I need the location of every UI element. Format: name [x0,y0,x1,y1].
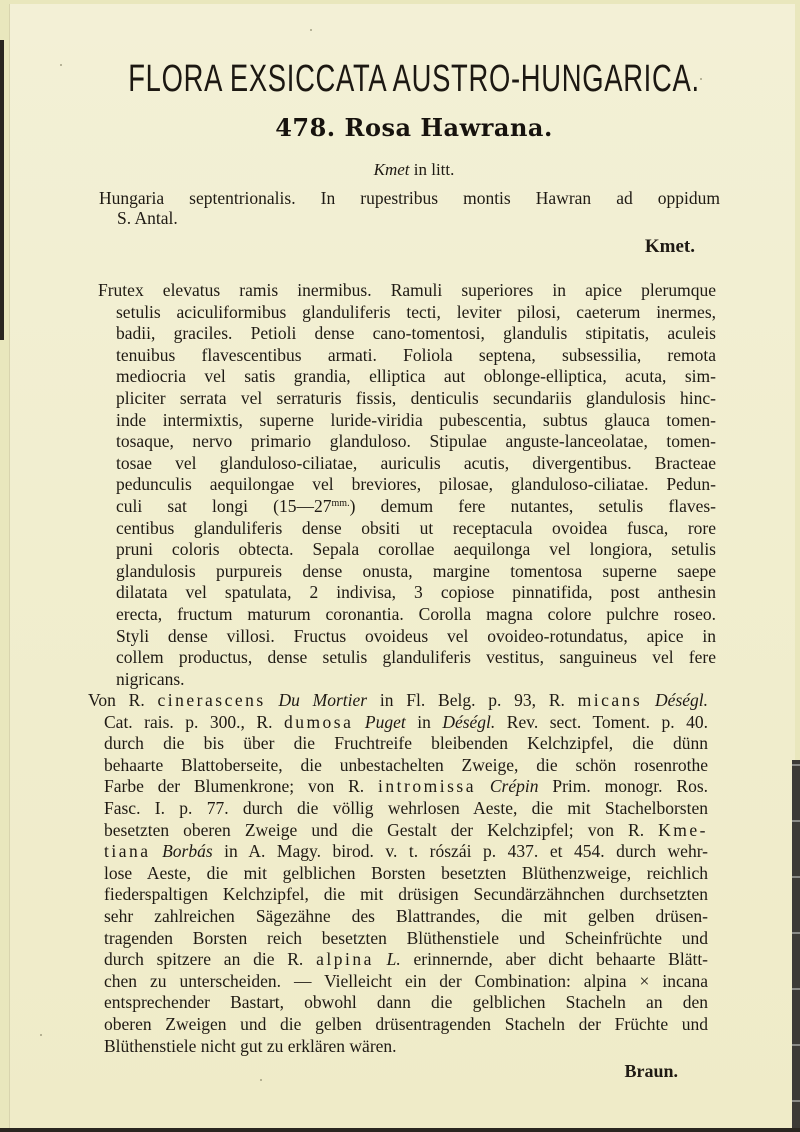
authority-author: Kmet [374,160,410,179]
ruler-tick [792,1100,800,1102]
signature: Braun. [624,1061,678,1082]
description-line: culi sat longi (15—27mm.) demum fere nut… [98,496,716,518]
paper-speck [310,29,312,31]
scale-ruler [792,760,800,1132]
notes-line: besetzten oberen Zweige und die Gestalt … [88,820,708,842]
description-line: erecta, fructum maturum coronantia. Coro… [98,604,716,626]
author-name: Déségl. [655,690,708,710]
author-name: Du Mortier [278,690,367,710]
ruler-tick [792,988,800,990]
notes-line: Fasc. I. p. 77. durch die völlig wehrlos… [88,798,708,820]
ruler-tick [792,876,800,878]
description-line: pliciter serrata vel serraturis fissis, … [98,388,716,410]
taxon-name: cinerascens [158,690,266,710]
ruler-tick [792,820,800,822]
description-line: tenuibus flavescentibus armati. Foliola … [98,345,716,367]
unit-superscript: mm. [332,498,350,509]
taxon-name: dumosa [284,712,353,732]
left-edge-shadow [0,40,4,340]
author-name: Crépin [490,776,539,796]
ruler-tick [792,932,800,934]
notes-line: durch spitzere an die R. alpina L. erinn… [88,949,708,971]
species-heading: 478. Rosa Hawrana. [0,113,800,142]
description-line: centibus glanduliferis dense obsiti ut r… [98,518,716,540]
locality-line: S. Antal. [99,208,720,228]
collector-name: Kmet. [645,236,695,258]
description-line: collem productus, dense setulis glanduli… [98,647,716,669]
author-name: Borbás [162,841,213,861]
taxon-name: micans [578,690,643,710]
notes-line: tragenden Borsten reich besetzten Blüthe… [88,928,708,950]
notes-line: Blüthenstiele nicht gut zu erklären wäre… [88,1036,708,1058]
notes-line: lose Aeste, die mit gelblichen Borsten b… [88,863,708,885]
ruler-tick [792,1044,800,1046]
taxon-name: Kme- [658,820,708,840]
notes-line: behaarte Blattoberseite, die unbestachel… [88,755,708,777]
notes-line: tiana Borbás in A. Magy. birod. v. t. ró… [88,841,708,863]
description-line: dilatata vel spatulata, 2 indivisa, 3 co… [98,582,716,604]
taxon-name: intromissa [378,776,476,796]
series-title: FLORA EXSICCATA AUSTRO-HUNGARICA. [116,58,712,101]
description-line: pruni coloris obtecta. Sepala corollae a… [98,539,716,561]
authority-suffix: in litt. [410,160,455,179]
description-line: tosaque, nervo primario glanduloso. Stip… [98,431,716,453]
peduncle-text-after: ) demum fere nutantes, setulis flaves- [350,496,716,516]
author-name: L. [387,949,401,969]
description-line: setulis aciculiformibus glanduliferis te… [98,302,716,324]
description-line: Frutex elevatus ramis inermibus. Ramuli … [98,280,716,302]
notes-line: Cat. rais. p. 300., R. dumosa Puget in D… [88,712,708,734]
description-line: badii, graciles. Petioli dense cano-tome… [98,323,716,345]
description-line: mediocria vel satis grandia, elliptica a… [98,366,716,388]
author-name: Puget [365,712,406,732]
paper-speck [60,64,62,66]
locality: Hungaria septentrionalis. In rupestribus… [99,188,720,228]
ruler-tick [792,764,800,766]
notes-line: fiederspaltigen Kelchzipfel, die mit drü… [88,884,708,906]
species-authority: Kmet in litt. [0,160,800,180]
description-line: pedunculis aequilongae vel breviores, pi… [98,474,716,496]
latin-description: Frutex elevatus ramis inermibus. Ramuli … [98,280,716,690]
german-notes: Von R. cinerascens Du Mortier in Fl. Bel… [88,690,708,1057]
description-line: glandulosis purpureis dense onusta, marg… [98,561,716,583]
paper-speck [40,1034,42,1036]
locality-line: Hungaria septentrionalis. In rupestribus… [99,188,720,208]
taxon-name: alpina [316,949,374,969]
notes-line: Von R. cinerascens Du Mortier in Fl. Bel… [88,690,708,712]
notes-line: durch die bis über die Fruchtreife bleib… [88,733,708,755]
notes-line: Farbe der Blumenkrone; von R. intromissa… [88,776,708,798]
description-line: nigricans. [98,669,716,691]
species-number: 478. [275,113,335,142]
author-name: Déségl. [442,712,495,732]
description-line: tosae vel glanduloso-ciliatae, auriculis… [98,453,716,475]
notes-line: oberen Zweigen und die gelben drüsentrag… [88,1014,708,1036]
paper-speck [260,1079,262,1081]
notes-line: entsprechender Bastart, obwohl dann die … [88,992,708,1014]
description-line: inde intermixtis, superne luride-viridia… [98,410,716,432]
taxon-name: tiana [104,841,151,861]
species-name: Rosa Hawrana. [345,113,553,142]
notes-line: sehr zahlreichen Sägezähne des Blattrand… [88,906,708,928]
description-line: Styli dense villosi. Fructus ovoideus ve… [98,626,716,648]
notes-line: chen zu unterscheiden. — Vielleicht ein … [88,971,708,993]
bottom-edge-shadow [0,1128,800,1132]
peduncle-text: culi sat longi (15—27 [116,496,332,516]
